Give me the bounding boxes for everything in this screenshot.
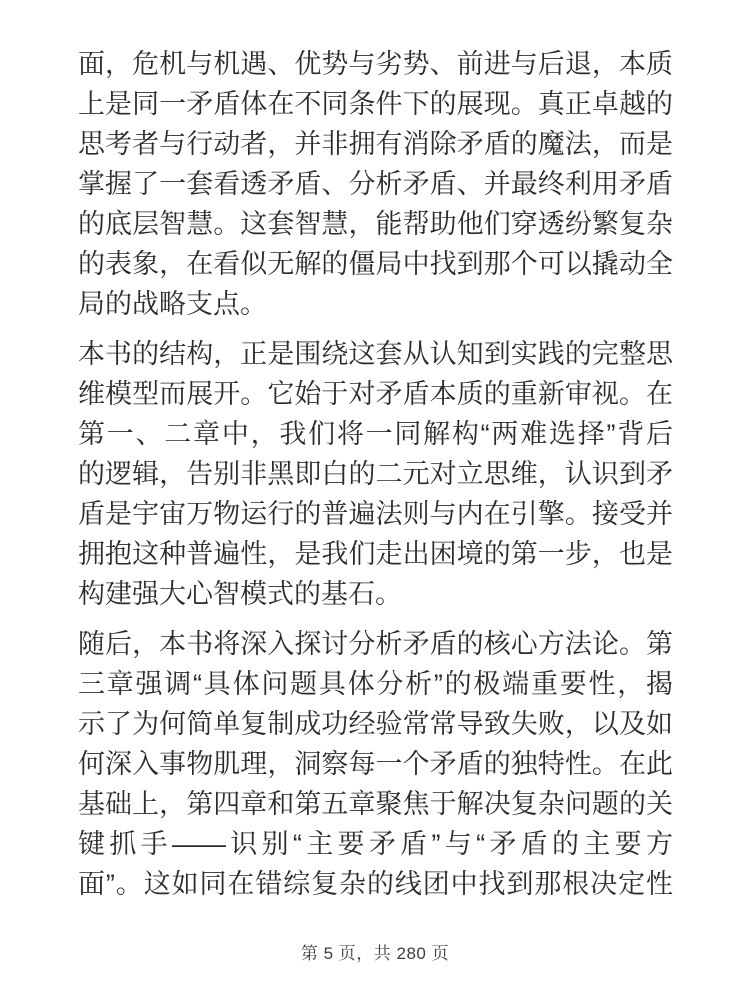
document-body: 面，危机与机遇、优势与劣势、前进与后退，本质上是同一矛盾体在不同条件下的展现。真… — [78, 44, 673, 914]
reader-page: 面，危机与机遇、优势与劣势、前进与后退，本质上是同一矛盾体在不同条件下的展现。真… — [0, 0, 750, 1000]
text-line: 掌握了一套看透矛盾、分析矛盾、并最终利用矛盾 — [78, 164, 673, 204]
text-line: 何深入事物肌理，洞察每一个矛盾的独特性。在此 — [78, 744, 673, 784]
text-line: 面”。这如同在错综复杂的线团中找到那根决定性 — [78, 864, 673, 904]
paragraph: 面，危机与机遇、优势与劣势、前进与后退，本质上是同一矛盾体在不同条件下的展现。真… — [78, 44, 673, 324]
text-line: 盾是宇宙万物运行的普遍法则与内在引擎。接受并 — [78, 494, 673, 534]
text-line: 拥抱这种普遍性，是我们走出困境的第一步，也是 — [78, 534, 673, 574]
paragraph: 本书的结构，正是围绕这套从认知到实践的完整思维模型而展开。它始于对矛盾本质的重新… — [78, 334, 673, 614]
text-line: 本书的结构，正是围绕这套从认知到实践的完整思 — [78, 334, 673, 374]
text-line: 的逻辑，告别非黑即白的二元对立思维，认识到矛 — [78, 454, 673, 494]
text-line: 示了为何简单复制成功经验常常导致失败，以及如 — [78, 704, 673, 744]
text-line: 构建强大心智模式的基石。 — [78, 574, 673, 614]
text-line: 维模型而展开。它始于对矛盾本质的重新审视。在 — [78, 374, 673, 414]
text-line: 的底层智慧。这套智慧，能帮助他们穿透纷繁复杂 — [78, 204, 673, 244]
text-line: 的表象，在看似无解的僵局中找到那个可以撬动全 — [78, 244, 673, 284]
text-line: 基础上，第四章和第五章聚焦于解决复杂问题的关 — [78, 784, 673, 824]
paragraph: 随后，本书将深入探讨分析矛盾的核心方法论。第三章强调“具体问题具体分析”的极端重… — [78, 624, 673, 904]
text-line: 思考者与行动者，并非拥有消除矛盾的魔法，而是 — [78, 124, 673, 164]
text-line: 第一、二章中，我们将一同解构“两难选择”背后 — [78, 414, 673, 454]
page-footer: 第 5 页，共 280 页 — [0, 943, 750, 965]
text-line: 键抓手——识别“主要矛盾”与“矛盾的主要方 — [78, 824, 673, 864]
text-line: 局的战略支点。 — [78, 284, 673, 324]
page-indicator: 第 5 页，共 280 页 — [301, 944, 449, 963]
text-line: 面，危机与机遇、优势与劣势、前进与后退，本质 — [78, 44, 673, 84]
text-line: 随后，本书将深入探讨分析矛盾的核心方法论。第 — [78, 624, 673, 664]
text-line: 三章强调“具体问题具体分析”的极端重要性，揭 — [78, 664, 673, 704]
text-line: 上是同一矛盾体在不同条件下的展现。真正卓越的 — [78, 84, 673, 124]
